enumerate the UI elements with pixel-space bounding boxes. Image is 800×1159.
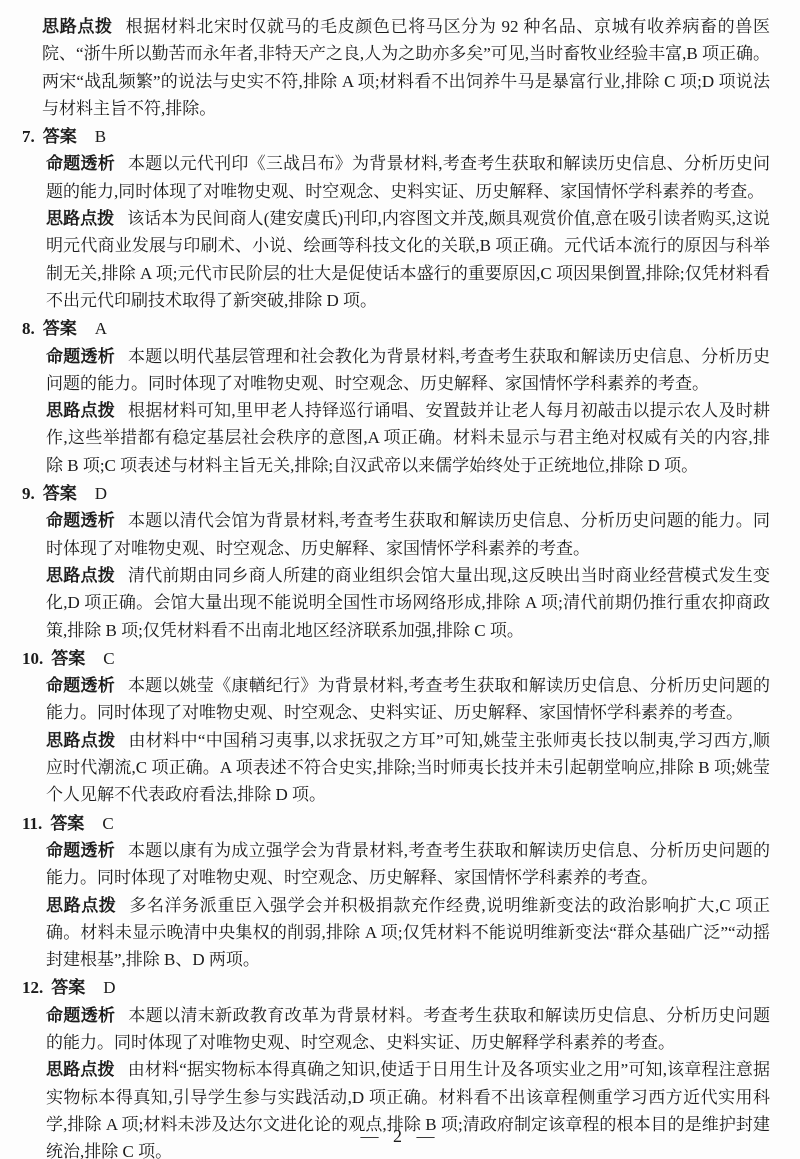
analysis-text: 本题以元代刊印《三战吕布》为背景材料,考查考生获取和解读历史信息、分析历史问题的… bbox=[46, 154, 770, 200]
analysis-label: 命题透析 bbox=[46, 841, 115, 860]
answer-label: 答案 bbox=[43, 319, 77, 338]
answer-key-page: 思路点拨根据材料北宋时仅就马的毛皮颜色已将马区分为 92 种名品、京城有收养病畜… bbox=[0, 0, 800, 1159]
tips-label: 思路点拨 bbox=[46, 1060, 115, 1079]
analysis-label: 命题透析 bbox=[46, 511, 115, 530]
answer-line: 8.答案A bbox=[22, 315, 770, 342]
answer-label: 答案 bbox=[51, 978, 85, 997]
answer-item: 8.答案A 命题透析本题以明代基层管理和社会教化为背景材料,考查考生获取和解读历… bbox=[22, 315, 770, 479]
answer-line: 12.答案D bbox=[22, 974, 770, 1001]
answer-letter: D bbox=[103, 978, 115, 997]
analysis-text: 本题以明代基层管理和社会教化为背景材料,考查考生获取和解读历史信息、分析历史问题… bbox=[46, 347, 770, 393]
answer-label: 答案 bbox=[43, 127, 77, 146]
answer-number: 10. bbox=[22, 649, 43, 668]
answer-item: 9.答案D 命题透析本题以清代会馆为背景材料,考查考生获取和解读历史信息、分析历… bbox=[22, 480, 770, 644]
tips-label: 思路点拨 bbox=[46, 209, 114, 228]
lead-paragraph: 思路点拨根据材料北宋时仅就马的毛皮颜色已将马区分为 92 种名品、京城有收养病畜… bbox=[42, 13, 770, 122]
tips-paragraph: 思路点拨由材料中“中国稍习夷事,以求抚驭之方耳”可知,姚莹主张师夷长技以制夷,学… bbox=[46, 727, 770, 809]
tips-paragraph: 思路点拨清代前期由同乡商人所建的商业组织会馆大量出现,这反映出当时商业经营模式发… bbox=[46, 562, 770, 644]
answer-letter: C bbox=[103, 649, 114, 668]
analysis-label: 命题透析 bbox=[46, 1006, 115, 1025]
answer-letter: C bbox=[102, 814, 113, 833]
tips-paragraph: 思路点拨该话本为民间商人(建安虞氏)刊印,内容图文并茂,颇具观赏价值,意在吸引读… bbox=[46, 205, 770, 314]
analysis-paragraph: 命题透析本题以康有为成立强学会为背景材料,考查考生获取和解读历史信息、分析历史问… bbox=[46, 837, 770, 892]
tips-label: 思路点拨 bbox=[46, 731, 115, 750]
page-number: — 2 — bbox=[0, 1123, 800, 1150]
analysis-paragraph: 命题透析本题以明代基层管理和社会教化为背景材料,考查考生获取和解读历史信息、分析… bbox=[46, 343, 770, 398]
answer-line: 10.答案C bbox=[22, 645, 770, 672]
answer-letter: B bbox=[95, 127, 106, 146]
answer-number: 11. bbox=[22, 814, 42, 833]
analysis-paragraph: 命题透析本题以清代会馆为背景材料,考查考生获取和解读历史信息、分析历史问题的能力… bbox=[46, 507, 770, 562]
tips-text: 由材料中“中国稍习夷事,以求抚驭之方耳”可知,姚莹主张师夷长技以制夷,学习西方,… bbox=[46, 731, 770, 805]
analysis-paragraph: 命题透析本题以清末新政教育改革为背景材料。考查考生获取和解读历史信息、分析历史问… bbox=[46, 1002, 770, 1057]
tips-text: 清代前期由同乡商人所建的商业组织会馆大量出现,这反映出当时商业经营模式发生变化,… bbox=[46, 566, 770, 640]
answer-number: 8. bbox=[22, 319, 35, 338]
tips-label: 思路点拨 bbox=[46, 401, 115, 420]
answer-letter: D bbox=[95, 484, 107, 503]
analysis-text: 本题以清代会馆为背景材料,考查考生获取和解读历史信息、分析历史问题的能力。同时体… bbox=[46, 511, 770, 557]
tips-text: 该话本为民间商人(建安虞氏)刊印,内容图文并茂,颇具观赏价值,意在吸引读者购买,… bbox=[46, 209, 770, 310]
tips-label: 思路点拨 bbox=[42, 17, 113, 36]
answer-letter: A bbox=[95, 319, 107, 338]
analysis-text: 本题以姚莹《康輶纪行》为背景材料,考查考生获取和解读历史信息、分析历史问题的能力… bbox=[46, 676, 770, 722]
answer-item: 10.答案C 命题透析本题以姚莹《康輶纪行》为背景材料,考查考生获取和解读历史信… bbox=[22, 645, 770, 809]
answer-number: 12. bbox=[22, 978, 43, 997]
tips-text: 根据材料北宋时仅就马的毛皮颜色已将马区分为 92 种名品、京城有收养病畜的兽医院… bbox=[42, 17, 770, 118]
analysis-text: 本题以清末新政教育改革为背景材料。考查考生获取和解读历史信息、分析历史问题的能力… bbox=[46, 1006, 770, 1052]
analysis-paragraph: 命题透析本题以姚莹《康輶纪行》为背景材料,考查考生获取和解读历史信息、分析历史问… bbox=[46, 672, 770, 727]
analysis-label: 命题透析 bbox=[46, 154, 115, 173]
analysis-label: 命题透析 bbox=[46, 676, 115, 695]
tips-paragraph: 思路点拨根据材料可知,里甲老人持铎巡行诵唱、安置鼓并让老人每月初敲击以提示农人及… bbox=[46, 397, 770, 479]
analysis-text: 本题以康有为成立强学会为背景材料,考查考生获取和解读历史信息、分析历史问题的能力… bbox=[46, 841, 770, 887]
answer-number: 7. bbox=[22, 127, 35, 146]
answer-label: 答案 bbox=[51, 649, 85, 668]
tips-text: 根据材料可知,里甲老人持铎巡行诵唱、安置鼓并让老人每月初敲击以提示农人及时耕作,… bbox=[46, 401, 770, 475]
answer-line: 11.答案C bbox=[22, 810, 770, 837]
answer-line: 7.答案B bbox=[22, 123, 770, 150]
tips-label: 思路点拨 bbox=[46, 896, 116, 915]
answer-item: 7.答案B 命题透析本题以元代刊印《三战吕布》为背景材料,考查考生获取和解读历史… bbox=[22, 123, 770, 314]
tips-paragraph: 思路点拨多名洋务派重臣入强学会并积极捐款充作经费,说明维新变法的政治影响扩大,C… bbox=[46, 892, 770, 974]
answer-line: 9.答案D bbox=[22, 480, 770, 507]
tips-label: 思路点拨 bbox=[46, 566, 115, 585]
tips-text: 多名洋务派重臣入强学会并积极捐款充作经费,说明维新变法的政治影响扩大,C 项正确… bbox=[46, 896, 770, 970]
answer-label: 答案 bbox=[43, 484, 77, 503]
answer-label: 答案 bbox=[50, 814, 84, 833]
analysis-paragraph: 命题透析本题以元代刊印《三战吕布》为背景材料,考查考生获取和解读历史信息、分析历… bbox=[46, 150, 770, 205]
answer-item: 11.答案C 命题透析本题以康有为成立强学会为背景材料,考查考生获取和解读历史信… bbox=[22, 810, 770, 974]
analysis-label: 命题透析 bbox=[46, 347, 115, 366]
answer-number: 9. bbox=[22, 484, 35, 503]
